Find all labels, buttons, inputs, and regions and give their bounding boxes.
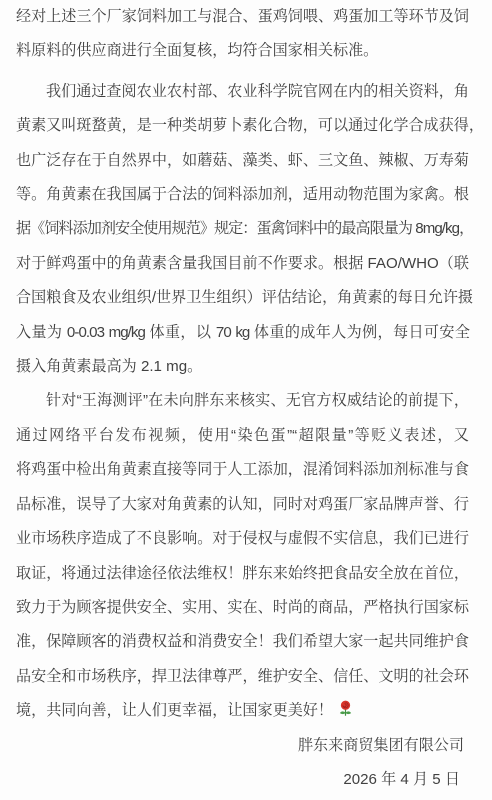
rose-icon [333, 694, 353, 728]
text-line: 我们通过查阅农业农村部、农业科学院官网在内的相关资料，角 [16, 75, 469, 109]
text-line: 摄入角黄素最高为 2.1 mg。 [16, 350, 469, 384]
text-line: 境，共同向善，让人们更幸福，让国家更美好！ [16, 694, 469, 728]
text-line: 入量为 0-0.03 mg/kg 体重，以 70 kg 体重的成年人为例，每日可… [16, 316, 469, 350]
text-line: 品标准，误导了大家对角黄素的认知，同时对鸡蛋厂家品牌声誉、行 [16, 488, 469, 522]
text-line: 致力于为顾客提供安全、实用、实在、时尚的商品，严格执行国家标 [16, 591, 469, 625]
text-line: 业市场秩序造成了不良影响。对于侵权与虚假不实信息，我们已进行 [16, 522, 469, 556]
text-line: 料原料的供应商进行全面复核，均符合国家相关标准。 [16, 34, 469, 68]
text-line: 准，保障顾客的消费权益和消费安全！我们希望大家一起共同维护食 [16, 625, 469, 659]
text-line: 针对“王海测评”在未向胖东来核实、无官方权威结论的前提下， [16, 384, 469, 418]
text-line: 等。角黄素在我国属于合法的饲料添加剂，适用动物范围为家禽。根 [16, 178, 469, 212]
text-line: 品安全和市场秩序，捍卫法律尊严，维护安全、信任、文明的社会环 [16, 660, 469, 694]
text-line: 将鸡蛋中检出角黄素直接等同于人工添加，混淆饲料添加剂标准与食 [16, 453, 469, 487]
text-line: 对于鲜鸡蛋中的角黄素含量我国目前不作要求。根据 FAO/WHO（联 [16, 247, 469, 281]
text-line: 也广泛存在于自然界中，如蘑菇、藻类、虾、三文鱼、辣椒、万寿菊 [16, 144, 469, 178]
text-line: 取证，将通过法律途径依法维权！胖东来始终把食品安全放在首位， [16, 557, 469, 591]
text-line: 经对上述三个厂家饲料加工与混合、蛋鸡饲喂、鸡蛋加工等环节及饲 [16, 0, 469, 34]
announcement-document: 经对上述三个厂家饲料加工与混合、蛋鸡饲喂、鸡蛋加工等环节及饲料原料的供应商进行全… [0, 0, 492, 800]
document-body: 经对上述三个厂家饲料加工与混合、蛋鸡饲喂、鸡蛋加工等环节及饲料原料的供应商进行全… [16, 0, 469, 797]
signature-line: 胖东来商贸集团有限公司 [16, 729, 469, 763]
text-line: 通过网络平台发布视频，使用“染色蛋”“超限量”等贬义表述，又 [16, 419, 469, 453]
document-lines: 经对上述三个厂家饲料加工与混合、蛋鸡饲喂、鸡蛋加工等环节及饲料原料的供应商进行全… [16, 0, 469, 729]
text-line: 合国粮食及农业组织/世界卫生组织）评估结论，角黄素的每日允许摄 [16, 281, 469, 315]
date-line: 2026 年 4 月 5 日 [16, 763, 469, 797]
text-line: 黄素又叫斑蝥黄，是一种类胡萝卜素化合物，可以通过化学合成获得， [16, 109, 469, 143]
text-line: 据《饲料添加剂安全使用规范》规定：蛋禽饲料中的最高限量为 8mg/kg， [16, 212, 469, 246]
